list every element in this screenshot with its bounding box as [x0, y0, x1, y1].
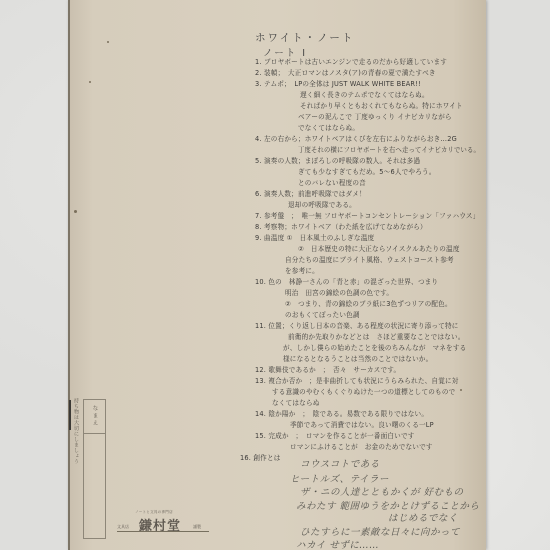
note-line: 9. 曲温度 ① 日本風土のふしぎな温度	[255, 232, 374, 242]
pencil-line: はじめるでなく	[388, 510, 458, 524]
note-line: 退却の呼吸隊である。	[288, 199, 356, 209]
note-line: 様になるとなるうことは当然のことではないか。	[283, 353, 432, 363]
paper-spot	[107, 41, 109, 43]
paper-spot	[89, 81, 91, 83]
pencil-line: ヒートルズ、テイラー	[290, 471, 389, 485]
paper-spot	[74, 210, 77, 213]
stamp-left-text: 文具店	[117, 524, 129, 530]
note-line: 11. 位置；くり返し日本の音楽、ある程度の状況に寄り添って特に	[255, 320, 459, 330]
maker-stamp: ノートと文具の専門店 鎌村堂 文具店 謹製	[117, 510, 217, 540]
note-line: 1. ブロヤボートは古いエンジンで走るのだから好適しています	[255, 56, 447, 66]
note-line: 13. 複合か否か ；是非曲折しても状況にうらみられた、自覚に対	[255, 375, 459, 385]
note-line: のおもくてぽったい色調	[285, 309, 360, 319]
note-line: 15. 完成か ； ロマンを作ることが一番面白いです	[255, 430, 415, 440]
note-line: 丁度それの横にフロヤボートを右へ走ってイナビカリでいる。	[298, 144, 480, 154]
pencil-line: ひたすらに一素敵な日々に向かって	[300, 524, 460, 538]
note-line: 明治 田宮の錦絵の色調の色です。	[285, 287, 393, 297]
vertical-note: 持ち物は大切にしましょう	[73, 398, 80, 464]
note-line: 2. 装幀； 大正ロマンはノスタ(ア)の青春の夏で満たすべき	[255, 67, 436, 77]
note-line: でなくてはならぬ。	[298, 122, 359, 132]
pencil-line: コウスコトである	[300, 456, 380, 470]
note-line: 14. 陰か陽か ； 陰である。易数である限りではない。	[255, 408, 428, 418]
note-line: 遅く細く長きのテムポでなくてはならぬ。	[300, 89, 429, 99]
stamp-underline	[117, 531, 209, 532]
note-line: 6. 演奏人数；前進呼吸隊ではダメ！	[255, 188, 366, 198]
note-line: する意識のやむくもくぐりぬけた一つの道標としてのもので	[272, 386, 455, 396]
note-line: ロマンにふけることが お金のためでないです	[290, 441, 433, 451]
note-line: 12. 歌舞伎であるか ； 否々 サーカスです。	[255, 364, 400, 374]
note-line: 季節であって消費ではない。良い曙のくる一LP	[290, 419, 434, 429]
note-line: 3. テムポ； LPの全体は JUST WALK WHITE BEAR!!	[255, 78, 421, 88]
note-line: 5. 演奏の人数；まぼろしの呼吸隊の数人。それは多過	[255, 155, 420, 165]
stamp-right-text: 謹製	[193, 524, 201, 530]
note-line: ベアーの泥んこで 丁度ゆっくり イナビカリながら	[298, 111, 452, 121]
note-line: それぱかり早くともおくれてもならぬ。特にホワイト	[300, 100, 463, 110]
note-line: を参考に。	[285, 265, 319, 275]
pencil-line: ハカイ せずに……	[296, 537, 379, 550]
note-line: ② つまり、青の錦絵のブラ紙に3色ずつリアの配色。	[285, 298, 452, 308]
note-line: 7. 参考盤 ； 唯一無 フロヤボートコンセントレーション「ファハウス」	[255, 210, 480, 220]
note-line: なくてはならぬ	[272, 397, 320, 407]
notebook-spine	[68, 0, 70, 550]
note-line: 自分たちの温度にブライト風格、ウェストコースト参考	[285, 254, 454, 264]
name-label: なまえ	[84, 400, 105, 434]
note-line: が、しかし僕らの始めたことを後のちみんなが マネをする	[283, 342, 466, 352]
note-line: 8. 考察物；ホワイトベア（わた紙を広げてなめながら）	[255, 221, 427, 231]
note-line: 前衛的か先取りかなどとは さほど重要なことではない。	[288, 331, 465, 341]
page-title: ホワイト・ノート	[255, 30, 354, 45]
pencil-line: ザ・ニの人達とともかくが 好むもの	[300, 484, 464, 498]
paper-spot	[460, 389, 462, 391]
note-line: 10. 色の 林静一さんの「青と赤」の混ざった世界、つまり	[255, 276, 438, 286]
note-line: とのバレない程度の音	[298, 177, 366, 187]
name-box: なまえ	[83, 399, 106, 539]
note-line: ② 日本歴史の特に大正ならソイスクルあたりの温度	[298, 243, 460, 253]
spine-mark	[69, 400, 71, 430]
note-line: 16. 創作とは	[240, 452, 281, 462]
note-line: ぎても少なすぎてもだめ。5〜6人でやろう。	[298, 166, 436, 176]
note-line: 4. 左の右から；ホワイトベアはくびを左右にふりながらおき…2G	[255, 133, 457, 143]
